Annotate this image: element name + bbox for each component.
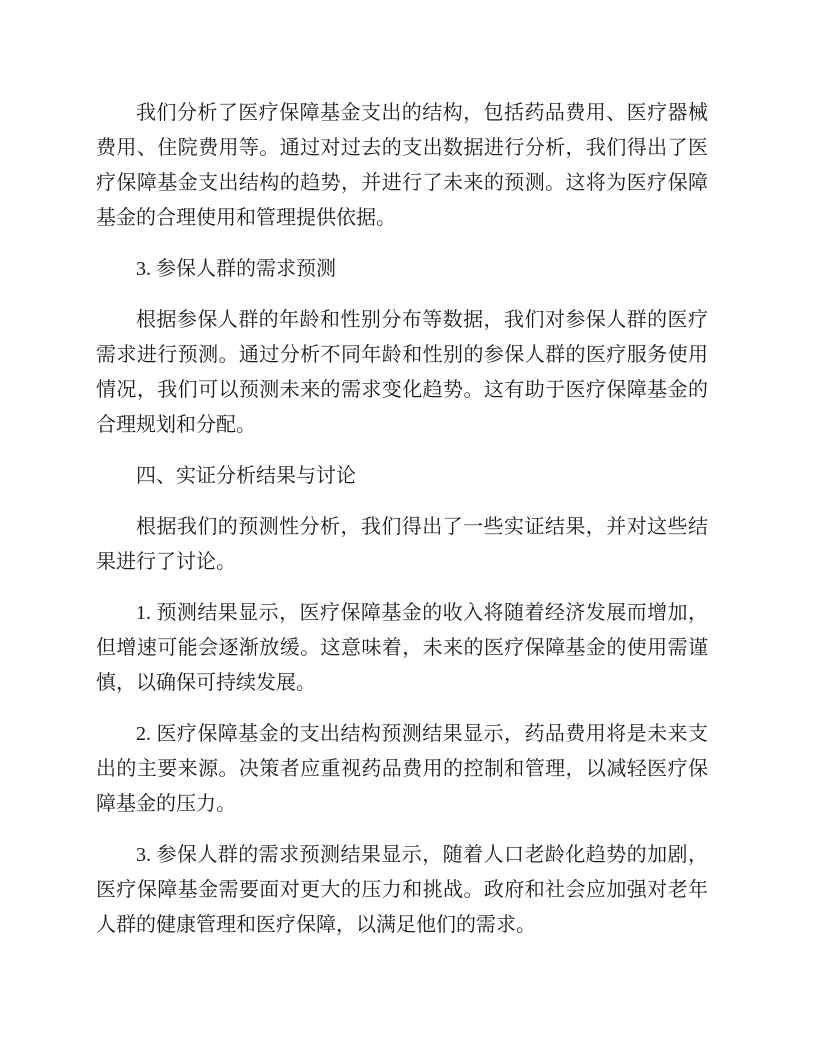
- paragraph-expenditure-structure-analysis: 我们分析了医疗保障基金支出的结构，包括药品费用、医疗器械费用、住院费用等。通过对…: [96, 96, 708, 236]
- paragraph-result-2-expenditure-forecast: 2. 医疗保障基金的支出结构预测结果显示，药品费用将是未来支出的主要来源。决策者…: [96, 717, 708, 822]
- document-page: 我们分析了医疗保障基金支出的结构，包括药品费用、医疗器械费用、住院费用等。通过对…: [0, 0, 816, 1056]
- paragraph-demand-forecast-method: 根据参保人群的年龄和性别分布等数据，我们对参保人群的医疗需求进行预测。通过分析不…: [96, 303, 708, 443]
- paragraph-result-1-income-forecast: 1. 预测结果显示，医疗保障基金的收入将随着经济发展而增加，但增速可能会逐渐放缓…: [96, 596, 708, 701]
- paragraph-results-intro: 根据我们的预测性分析，我们得出了一些实证结果，并对这些结果进行了讨论。: [96, 510, 708, 580]
- paragraph-result-3-aging-pressure: 3. 参保人群的需求预测结果显示，随着人口老龄化趋势的加剧，医疗保障基金需要面对…: [96, 838, 708, 943]
- section-heading-demand-forecast: 3. 参保人群的需求预测: [96, 252, 708, 287]
- section-heading-empirical-results: 四、实证分析结果与讨论: [96, 459, 708, 494]
